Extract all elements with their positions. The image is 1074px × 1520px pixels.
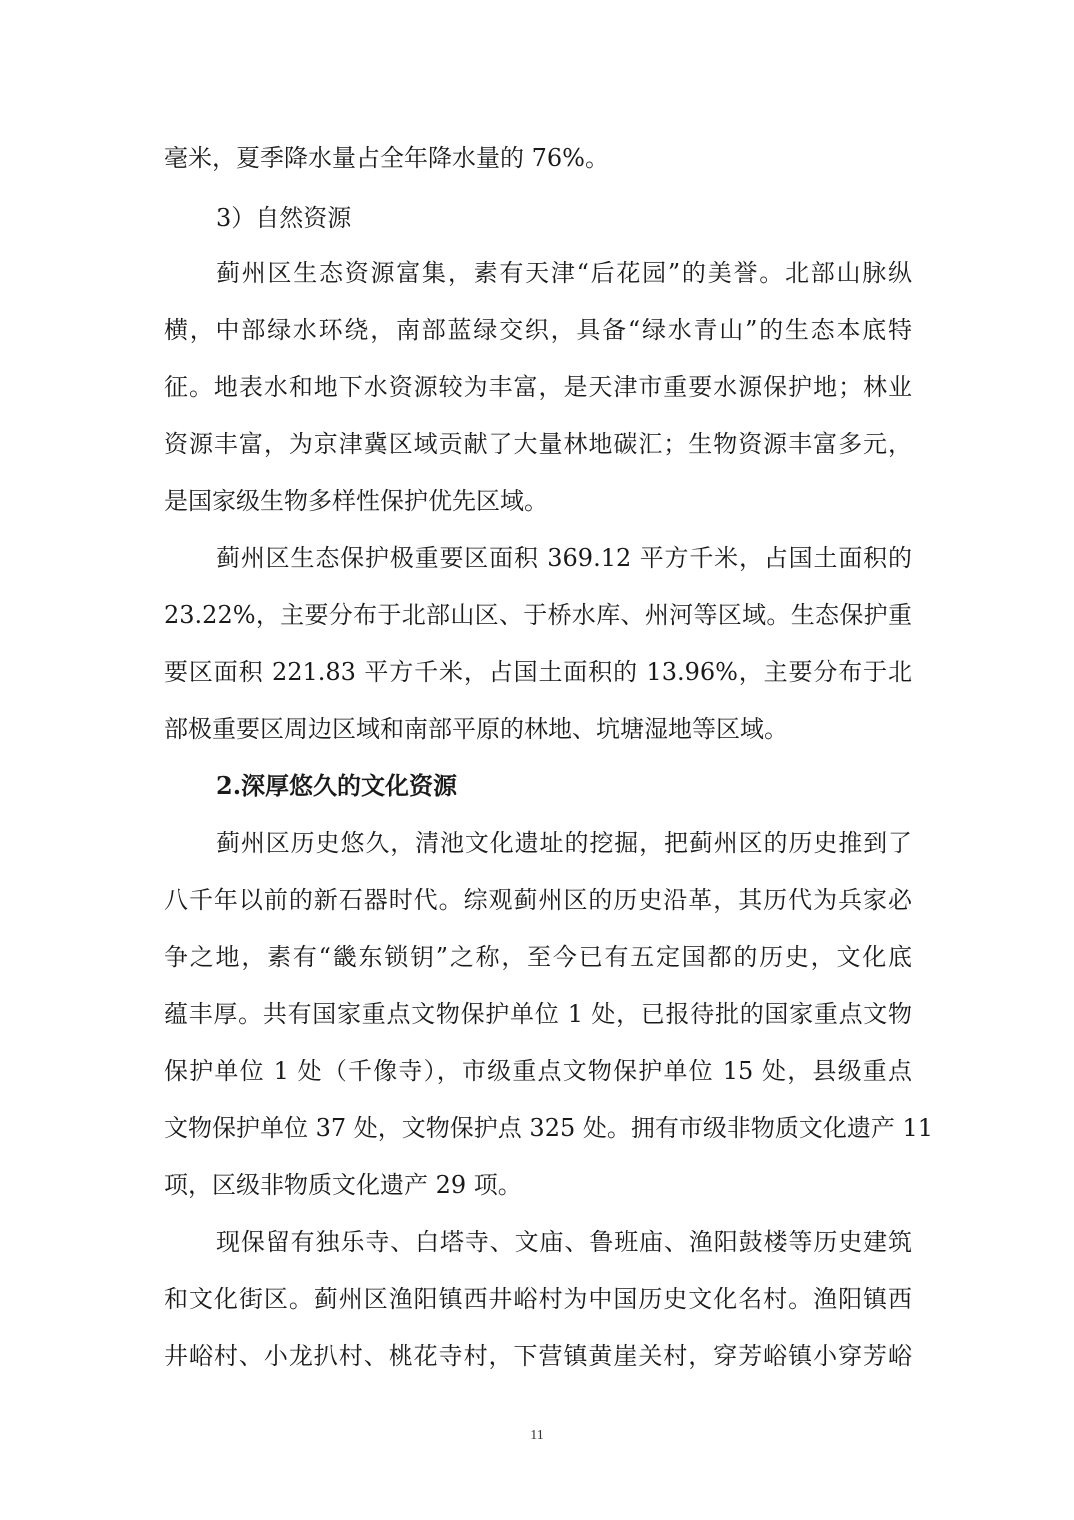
page-number: 11	[0, 1428, 1074, 1444]
text-line: 是国家级生物多样性保护优先区域。	[164, 486, 912, 516]
text-line: 文物保护单位 37 处，文物保护点 325 处。拥有市级非物质文化遗产 11	[164, 1113, 912, 1143]
text-line: 八千年以前的新石器时代。综观蓟州区的历史沿革，其历代为兵家必	[164, 885, 912, 915]
text-line: 横，中部绿水环绕，南部蓝绿交织，具备“绿水青山”的生态本底特	[164, 315, 912, 345]
text-line: 蓟州区历史悠久，清池文化遗址的挖掘，把蓟州区的历史推到了	[216, 828, 912, 858]
document-page: 毫米，夏季降水量占全年降水量的 76%。3）自然资源蓟州区生态资源富集，素有天津…	[0, 0, 1074, 1520]
text-line: 毫米，夏季降水量占全年降水量的 76%。	[164, 143, 912, 173]
text-line: 3）自然资源	[216, 203, 912, 233]
text-line: 项，区级非物质文化遗产 29 项。	[164, 1170, 912, 1200]
text-line: 部极重要区周边区域和南部平原的林地、坑塘湿地等区域。	[164, 714, 912, 744]
text-line: 蓟州区生态资源富集，素有天津“后花园”的美誉。北部山脉纵	[216, 258, 912, 288]
text-line: 蓟州区生态保护极重要区面积 369.12 平方千米，占国土面积的	[216, 543, 912, 573]
text-line: 和文化街区。蓟州区渔阳镇西井峪村为中国历史文化名村。渔阳镇西	[164, 1284, 912, 1314]
section-heading: 2.深厚悠久的文化资源	[216, 771, 912, 801]
text-line: 井峪村、小龙扒村、桃花寺村，下营镇黄崖关村，穿芳峪镇小穿芳峪	[164, 1341, 912, 1371]
text-line: 资源丰富，为京津冀区域贡献了大量林地碳汇；生物资源丰富多元，	[164, 429, 912, 459]
text-line: 23.22%，主要分布于北部山区、于桥水库、州河等区域。生态保护重	[164, 600, 912, 630]
text-line: 要区面积 221.83 平方千米，占国土面积的 13.96%，主要分布于北	[164, 657, 912, 687]
text-line: 保护单位 1 处（千像寺），市级重点文物保护单位 15 处，县级重点	[164, 1056, 912, 1086]
text-line: 现保留有独乐寺、白塔寺、文庙、鲁班庙、渔阳鼓楼等历史建筑	[216, 1227, 912, 1257]
text-line: 蕴丰厚。共有国家重点文物保护单位 1 处，已报待批的国家重点文物	[164, 999, 912, 1029]
text-line: 征。地表水和地下水资源较为丰富，是天津市重要水源保护地；林业	[164, 372, 912, 402]
text-line: 争之地，素有“畿东锁钥”之称，至今已有五定国都的历史，文化底	[164, 942, 912, 972]
